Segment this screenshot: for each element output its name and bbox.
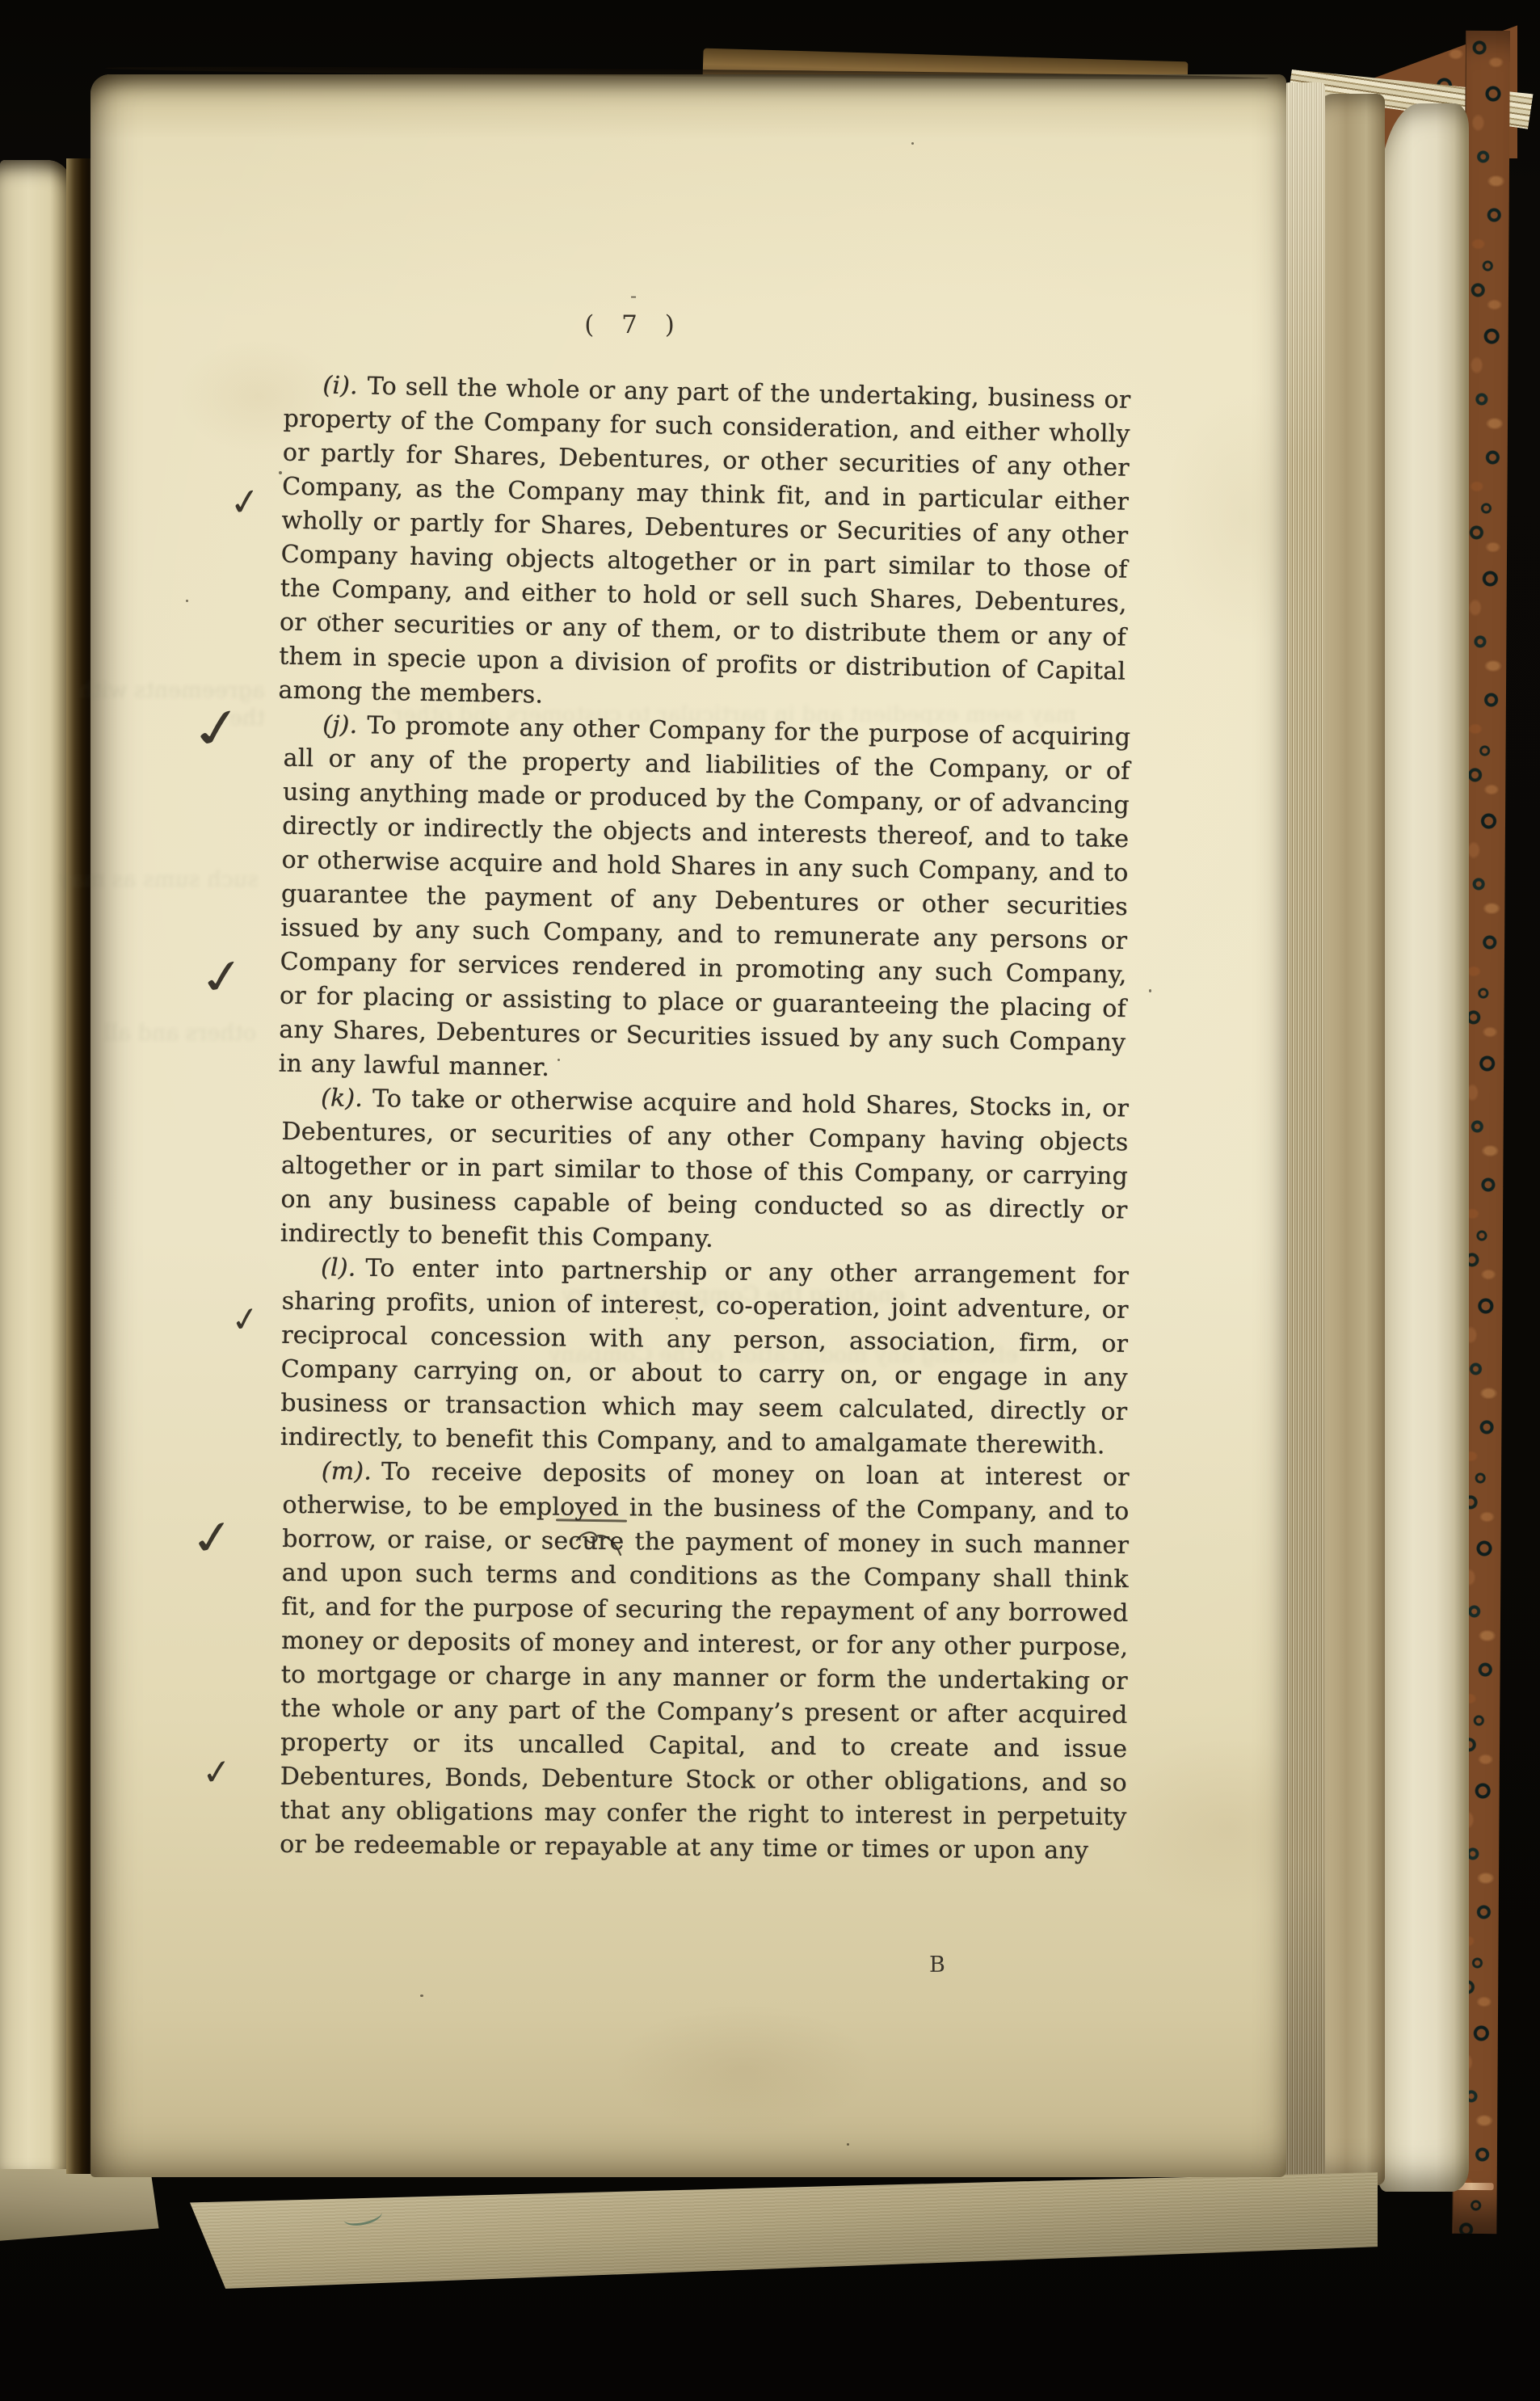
margin-checkmark: ✓: [200, 1754, 234, 1792]
margin-checkmark: ✓: [229, 1301, 262, 1338]
clause-l-text: To enter into partnership or any other a…: [280, 1254, 1130, 1460]
margin-checkmark: ✓: [195, 951, 250, 1005]
clause-m-label: (m).: [322, 1457, 372, 1485]
margin-checkmark: ✓: [183, 698, 251, 760]
clause-m-text: To receive deposits of money on loan at …: [280, 1458, 1130, 1865]
ink-squiggle-mark: [570, 1526, 629, 1560]
bottom-page-edges: [190, 2172, 1378, 2289]
page-fore-edge-curl: [1319, 94, 1385, 2185]
clause-k: (k).To take or otherwise acquire and hol…: [280, 1081, 1130, 1262]
facing-page-sliver: [0, 160, 71, 2169]
page-number: ( 7 ): [533, 310, 727, 339]
clause-i-text: To sell the whole or any part of the und…: [278, 372, 1130, 709]
clause-i: (i).To sell the whole or any part of the…: [278, 369, 1131, 723]
body-text: (i).To sell the whole or any part of the…: [281, 369, 1128, 1862]
clause-k-label: (k).: [321, 1084, 363, 1113]
underlying-page-edge: [1378, 103, 1469, 2192]
clause-m: (m).To receive deposits of money on loan…: [280, 1455, 1130, 1868]
clause-j-text: To promote any other Company for the pur…: [278, 711, 1130, 1082]
clause-k-text: To take or otherwise acquire and hold Sh…: [280, 1085, 1130, 1253]
print-artifact-dash: -: [617, 284, 650, 307]
clause-i-label: (i).: [322, 371, 358, 400]
margin-checkmark: ✓: [187, 1513, 239, 1565]
margin-checkmark: ✓: [227, 482, 263, 522]
clause-j: (j).To promote any other Company for the…: [278, 708, 1130, 1094]
signature-mark: B: [929, 1952, 946, 1978]
clause-j-label: (j).: [322, 710, 358, 739]
book-page-scan: may seem expedient and in particular to …: [0, 0, 1540, 2401]
clause-l: (l).To enter into partnership or any oth…: [280, 1251, 1130, 1464]
clause-l-label: (l).: [321, 1253, 356, 1282]
